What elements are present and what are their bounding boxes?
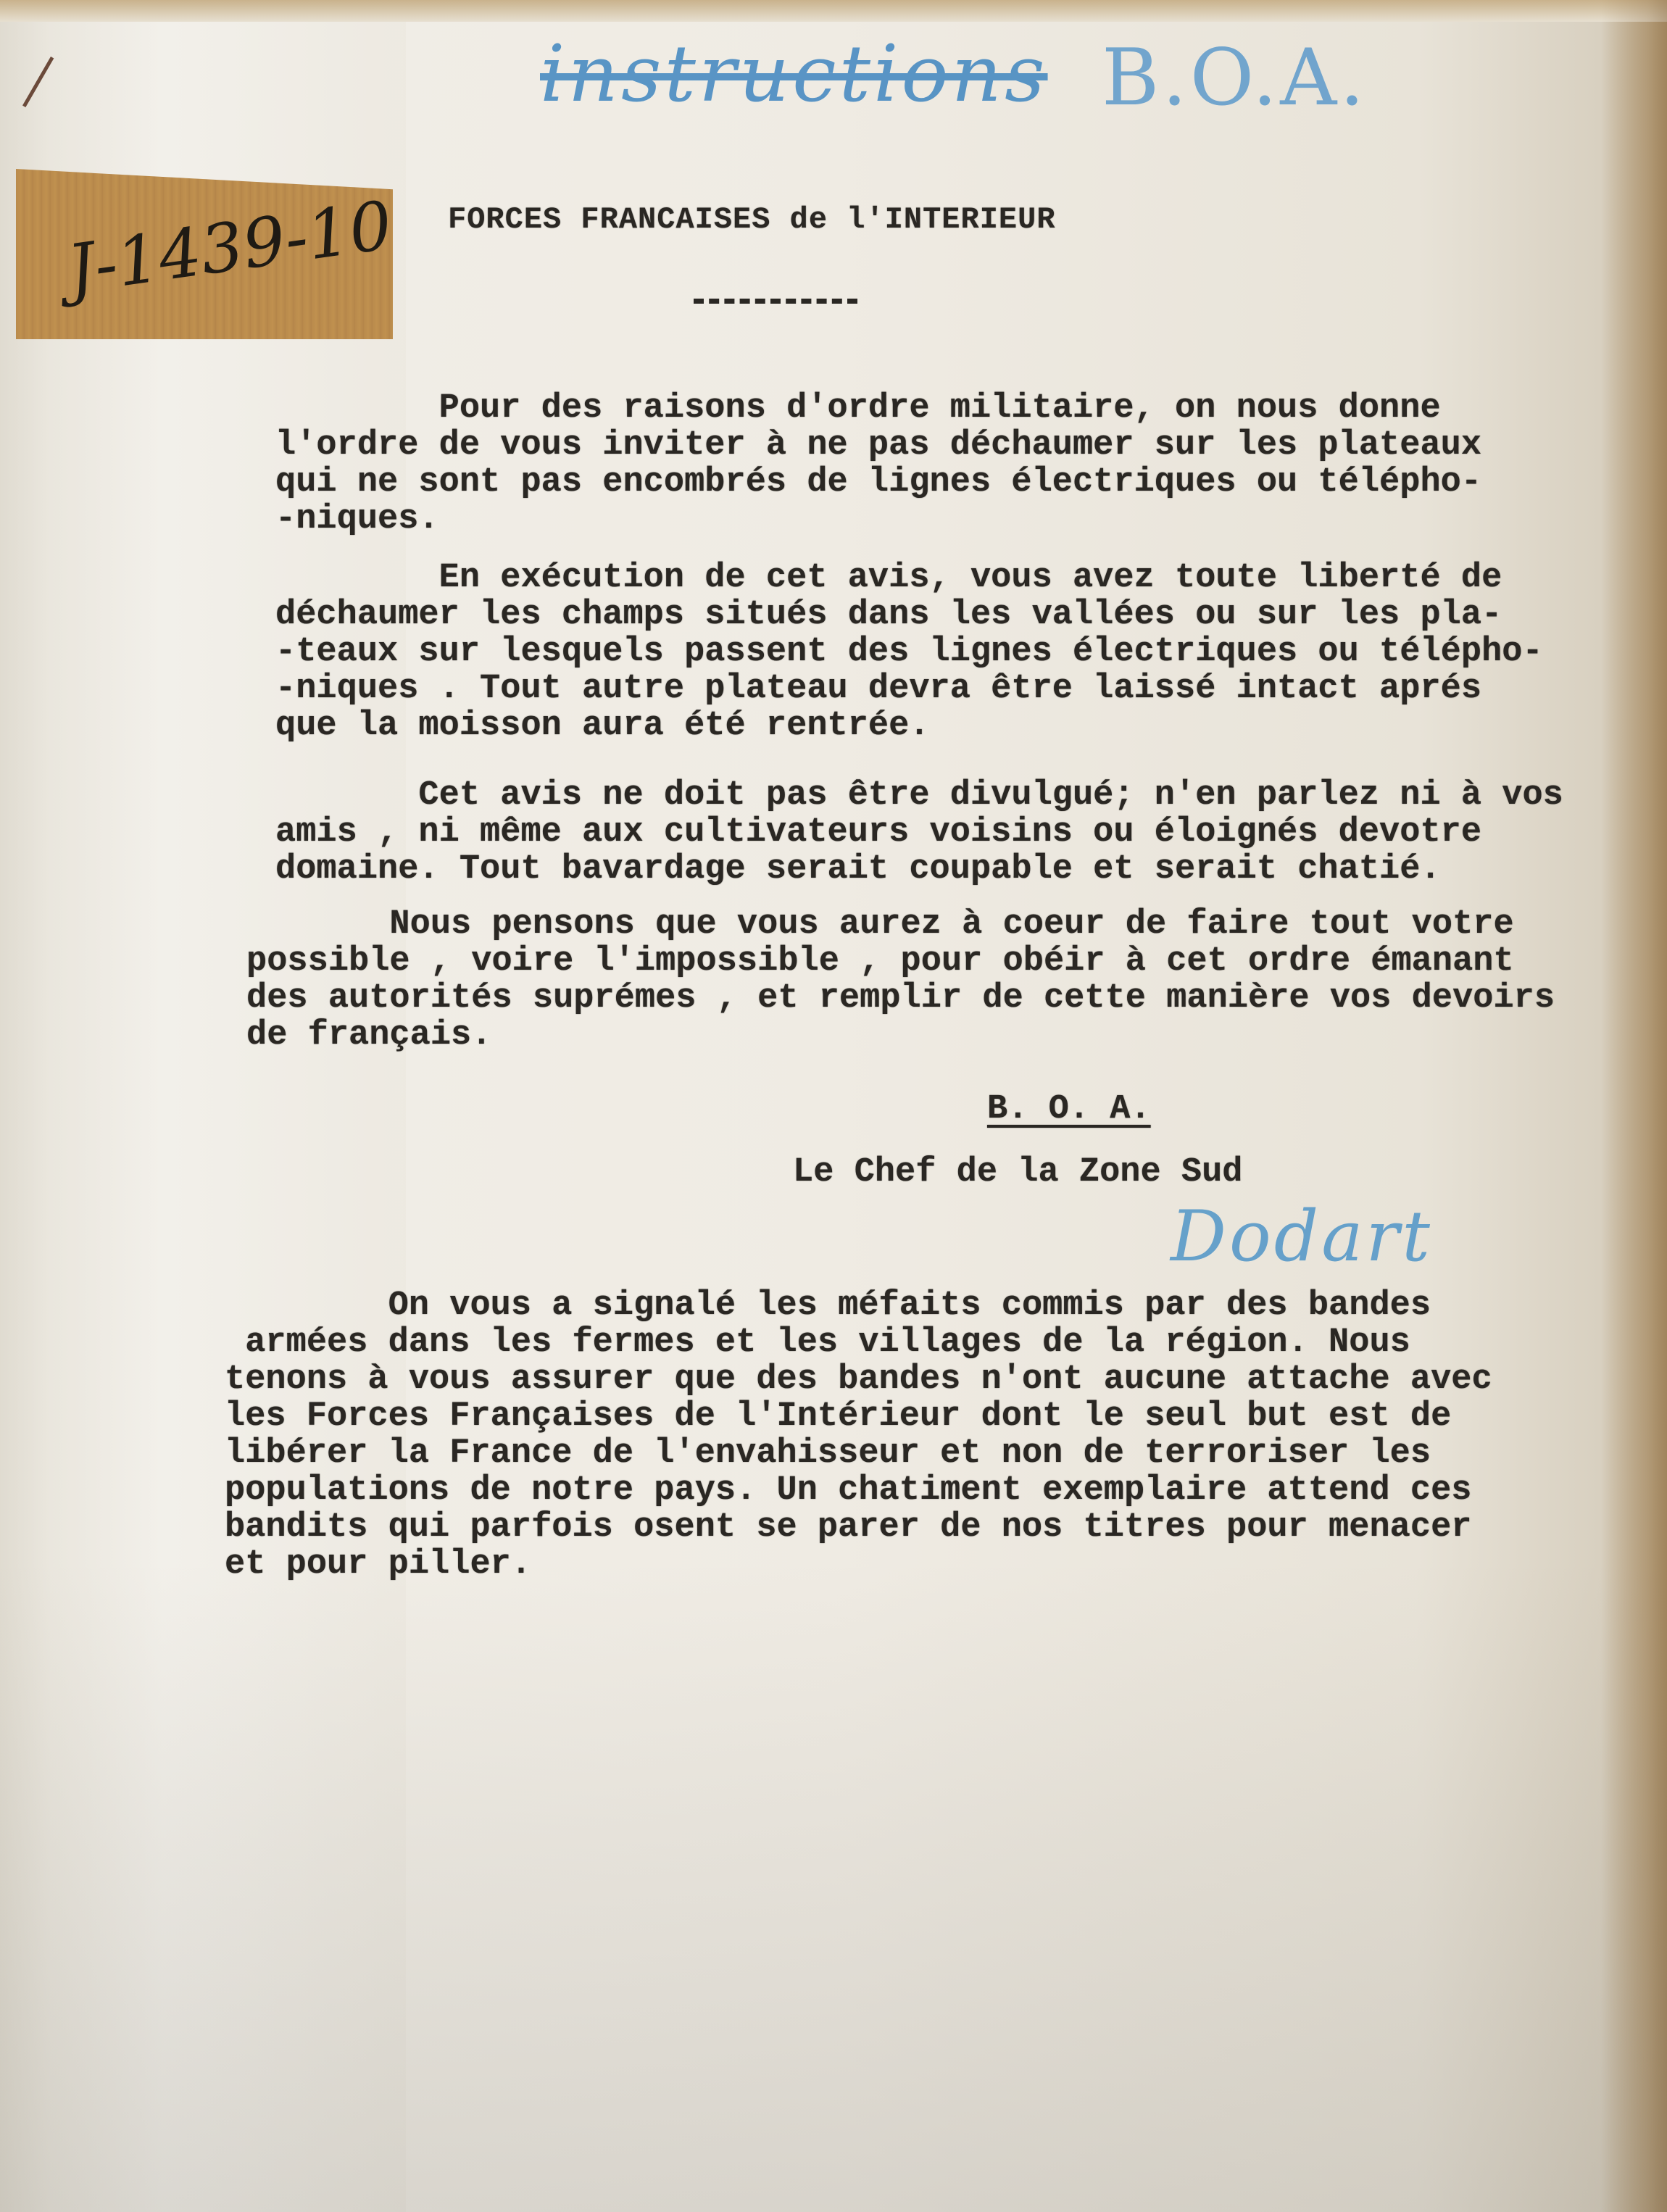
- text-line: déchaumer les champs situés dans les val…: [275, 596, 1543, 633]
- text-line: qui ne sont pas encombrés de lignes élec…: [275, 464, 1481, 501]
- text-line: tenons à vous assurer que des bandes n'o…: [225, 1361, 1492, 1398]
- text-line: Cet avis ne doit pas être divulgué; n'en…: [275, 777, 1563, 814]
- postscript-paragraph: On vous a signalé les méfaits commis par…: [225, 1287, 1492, 1583]
- paragraph-1: Pour des raisons d'ordre militaire, on n…: [275, 390, 1481, 538]
- text-line: populations de notre pays. Un chatiment …: [225, 1472, 1492, 1509]
- signature-title: Le Chef de la Zone Sud: [793, 1154, 1243, 1191]
- text-line: et pour piller.: [225, 1546, 1492, 1583]
- text-line: que la moisson aura été rentrée.: [275, 707, 1543, 744]
- text-line: des autorités suprémes , et remplir de c…: [246, 980, 1555, 1017]
- text-line: libérer la France de l'envahisseur et no…: [225, 1435, 1492, 1472]
- text-line: Pour des raisons d'ordre militaire, on n…: [275, 390, 1481, 427]
- text-line: armées dans les fermes et les villages d…: [225, 1324, 1492, 1361]
- text-line: bandits qui parfois osent se parer de no…: [225, 1509, 1492, 1546]
- text-line: les Forces Françaises de l'Intérieur don…: [225, 1398, 1492, 1435]
- text-line: -niques . Tout autre plateau devra être …: [275, 670, 1543, 707]
- paragraph-3: Cet avis ne doit pas être divulgué; n'en…: [275, 777, 1563, 888]
- signature-org-text: B. O. A.: [987, 1090, 1151, 1128]
- signature-org: B. O. A.: [987, 1091, 1151, 1128]
- archive-label-text: J-1439-10: [63, 186, 397, 309]
- paragraph-2: En exécution de cet avis, vous avez tout…: [275, 560, 1543, 744]
- text-line: l'ordre de vous inviter à ne pas déchaum…: [275, 427, 1481, 464]
- handwritten-signature: Dodart: [1171, 1196, 1433, 1277]
- text-line: -teaux sur lesquels passent des lignes é…: [275, 633, 1543, 670]
- text-line: En exécution de cet avis, vous avez tout…: [275, 560, 1543, 596]
- folder-edge: [0, 0, 1667, 22]
- handwritten-org: B.O.A.: [1102, 33, 1368, 123]
- heading-separator: [694, 299, 857, 304]
- text-line: de français.: [246, 1017, 1555, 1054]
- document-heading: FORCES FRANCAISES de l'INTERIEUR: [448, 201, 1056, 238]
- text-line: domaine. Tout bavardage serait coupable …: [275, 851, 1563, 888]
- page-shading: [0, 1560, 1667, 2212]
- text-line: amis , ni même aux cultivateurs voisins …: [275, 814, 1563, 851]
- text-line: On vous a signalé les méfaits commis par…: [225, 1287, 1492, 1324]
- text-line: -niques.: [275, 501, 1481, 538]
- archive-label: J-1439-10: [16, 169, 393, 339]
- text-line: possible , voire l'impossible , pour obé…: [246, 943, 1555, 980]
- paragraph-4: Nous pensons que vous aurez à coeur de f…: [246, 906, 1555, 1054]
- text-line: Nous pensons que vous aurez à coeur de f…: [246, 906, 1555, 943]
- handwritten-title: instructions: [540, 29, 1048, 120]
